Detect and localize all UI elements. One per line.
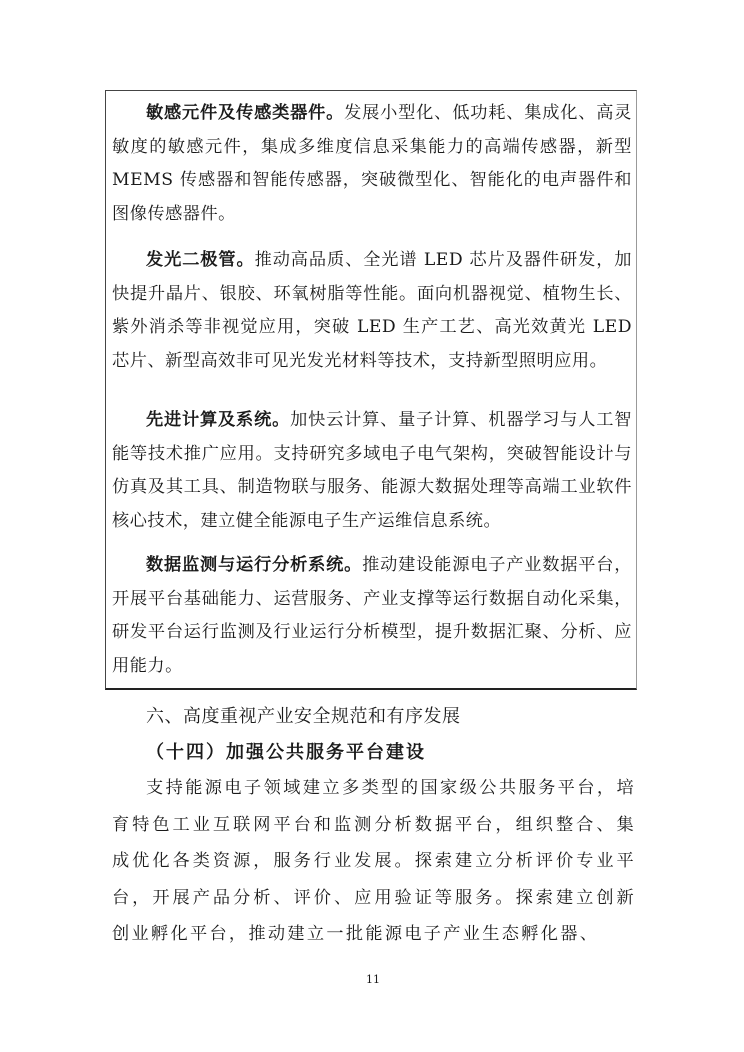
page-number: 11 [366, 973, 380, 986]
box-paragraph-led: 发光二极管。推动高品质、全光谱 LED 芯片及器件研发，加快提升晶片、银胶、环氧… [112, 244, 632, 378]
paragraph-title: 发光二极管。 [146, 250, 255, 270]
box-paragraph-computing: 先进计算及系统。加快云计算、量子计算、机器学习与人工智能等技术推广应用。支持研究… [112, 404, 632, 538]
body-paragraph: 支持能源电子领域建立多类型的国家级公共服务平台，培育特色工业互联网平台和监测分析… [112, 770, 636, 953]
section-heading: 六、高度重视产业安全规范和有序发展 [146, 702, 461, 728]
box-paragraph-sensors: 敏感元件及传感类器件。发展小型化、低功耗、集成化、高灵敏度的敏感元件，集成多维度… [112, 97, 632, 231]
subsection-heading: （十四）加强公共服务平台建设 [146, 738, 426, 764]
box-paragraph-monitoring: 数据监测与运行分析系统。推动建设能源电子产业数据平台，开展平台基础能力、运营服务… [112, 549, 632, 683]
paragraph-title: 先进计算及系统。 [146, 410, 290, 430]
paragraph-title: 数据监测与运行分析系统。 [146, 555, 362, 575]
paragraph-title: 敏感元件及传感类器件。 [146, 103, 344, 123]
